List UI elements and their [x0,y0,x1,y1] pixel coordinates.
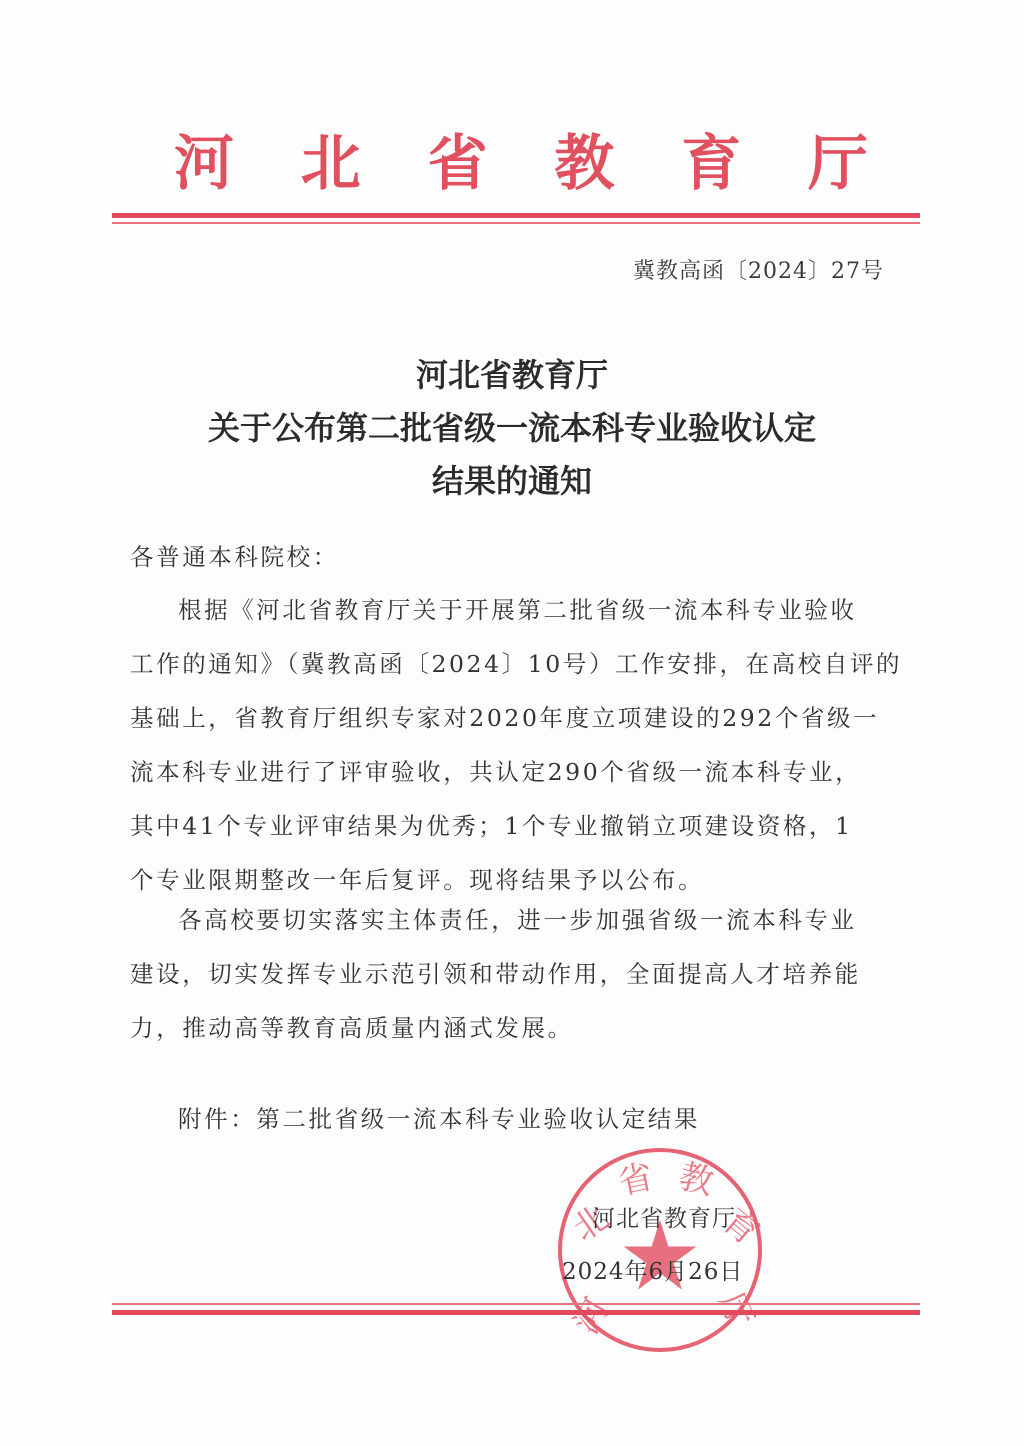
masthead-char: 省 [428,134,488,194]
document-title-line-2: 关于公布第二批省级一流本科专业验收认定 [0,403,1024,449]
document-number: 冀教高函〔2024〕27号 [633,254,884,285]
masthead-red-header: 河 北 省 教 育 厅 [112,126,920,202]
document-page: 河 北 省 教 育 厅 冀教高函〔2024〕27号 河北省教育厅 关于公布第二批… [0,0,1024,1446]
masthead-char: 教 [554,134,614,194]
paragraph-1-line: 根据《河北省教育厅关于开展第二批省级一流本科专业验收 [178,591,857,625]
footer-divider-thick [112,1310,920,1315]
masthead-divider-thin [112,222,920,224]
masthead-char: 育 [681,134,741,194]
masthead-char: 河 [174,134,234,194]
paragraph-1-line: 其中41个专业评审结果为优秀；1个专业撤销立项建设资格，1 [130,807,853,841]
paragraph-2-line: 建设，切实发挥专业示范引领和带动作用，全面提高人才培养能 [130,955,861,989]
paragraph-1-line: 基础上，省教育厅组织专家对2020年度立项建设的292个省级一 [130,699,879,733]
masthead-char: 北 [301,134,361,194]
masthead-divider-thick [112,213,920,218]
masthead-char: 厅 [808,134,868,194]
issue-date: 2024年6月26日 [562,1253,743,1286]
paragraph-1-line: 个专业限期整改一年后复评。现将结果予以公布。 [130,861,704,895]
attachment-note: 附件：第二批省级一流本科专业验收认定结果 [178,1100,700,1134]
paragraph-1-line: 流本科专业进行了评审验收，共认定290个省级一流本科专业， [130,753,861,787]
document-title-line-3: 结果的通知 [0,456,1024,502]
issuer-name: 河北省教育厅 [592,1200,736,1233]
footer-divider-thin [112,1303,920,1305]
paragraph-2-line: 力，推动高等教育高质量内涵式发展。 [130,1009,574,1043]
paragraph-2-line: 各高校要切实落实主体责任，进一步加强省级一流本科专业 [178,901,857,935]
salutation: 各普通本科院校： [130,538,339,572]
document-title-line-1: 河北省教育厅 [0,350,1024,396]
paragraph-1-line: 工作的通知》（冀教高函〔2024〕10号）工作安排，在高校自评的 [130,645,902,679]
